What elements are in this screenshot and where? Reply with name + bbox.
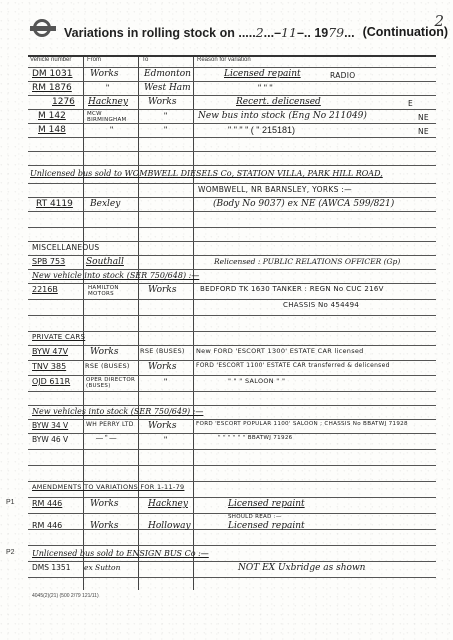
form-code: 4045(2)(21) (500 2/79 121/11) — [32, 593, 99, 599]
variations-form: Vehicle number From To Reason for variat… — [28, 55, 436, 590]
new-vehicle-heading: New vehicle into stock (SER 750/648) :— — [28, 271, 436, 285]
sold-line: Unlicensed bus sold to ENSIGN BUS Co :— — [28, 549, 436, 563]
table-row: M 142 MCW BIRMINGHAM " New bus into stoc… — [28, 111, 436, 125]
table-row: RM 446 Works Holloway Licensed repaint — [28, 521, 436, 535]
continuation-label: (Continuation) — [363, 25, 448, 39]
document-title: Variations in rolling stock on .....2...… — [64, 25, 355, 40]
table-row: BYW 46 V — " — " " " " " " " BBATWJ 7192… — [28, 435, 436, 449]
table-row: BYW 34 V WH PERRY LTD Works FORD 'ESCORT… — [28, 421, 436, 435]
margin-marker: P2 — [6, 549, 15, 556]
section-heading: MISCELLANEOUS — [28, 243, 436, 257]
col-header-vehicle-number: Vehicle number — [30, 57, 71, 63]
col-header-reason: Reason for variation — [197, 57, 251, 63]
table-row: RM 1876 " West Ham " " " — [28, 83, 436, 97]
sold-section-address: WOMBWELL, NR BARNSLEY, YORKS :— — [28, 185, 436, 199]
table-row: 2216B HAMILTON MOTORS Works BEDFORD TK 1… — [28, 285, 436, 299]
table-row: DM 1031 Works Edmonton Licensed repaint … — [28, 69, 436, 83]
table-row: DMS 1351 ex Sutton NOT EX Uxbridge as sh… — [28, 563, 436, 577]
table-row: RT 4119 Bexley (Body No 9037) ex NE (AWC… — [28, 199, 436, 213]
new-vehicles-heading: New vehicles into stock (SER 750/649) :— — [28, 407, 436, 421]
table-row: RM 446 Works Hackney Licensed repaint — [28, 499, 436, 513]
sold-section-line: Unlicensed bus sold to WOMBWELL DIESELS … — [28, 169, 436, 183]
amendments-heading: AMENDMENTS TO VARIATIONS FOR 1-11-79 — [28, 483, 436, 497]
table-row-continued: CHASSIS No 454494 — [28, 301, 436, 315]
table-row: 1276 Hackney Works Recert. delicensed E — [28, 97, 436, 111]
col-header-from: From — [87, 57, 101, 63]
table-row: TNV 385 RSE (BUSES) Works FORD 'ESCORT 1… — [28, 362, 436, 376]
table-row: SPB 753 Southall Relicensed : PUBLIC REL… — [28, 257, 436, 271]
table-row: BYW 47V Works RSE (BUSES) New FORD 'ESCO… — [28, 347, 436, 361]
section-heading: PRIVATE CARS — [28, 333, 436, 347]
roundel-logo-icon — [30, 19, 56, 41]
document-header: Variations in rolling stock on .....2...… — [28, 18, 448, 44]
col-header-to: To — [142, 57, 148, 63]
table-row: M 148 " " " " " " ( " 215181) NE — [28, 125, 436, 139]
table-row: OJD 611R OPER DIRECTOR (BUSES) " " " " S… — [28, 377, 436, 391]
margin-marker: P1 — [6, 499, 15, 506]
